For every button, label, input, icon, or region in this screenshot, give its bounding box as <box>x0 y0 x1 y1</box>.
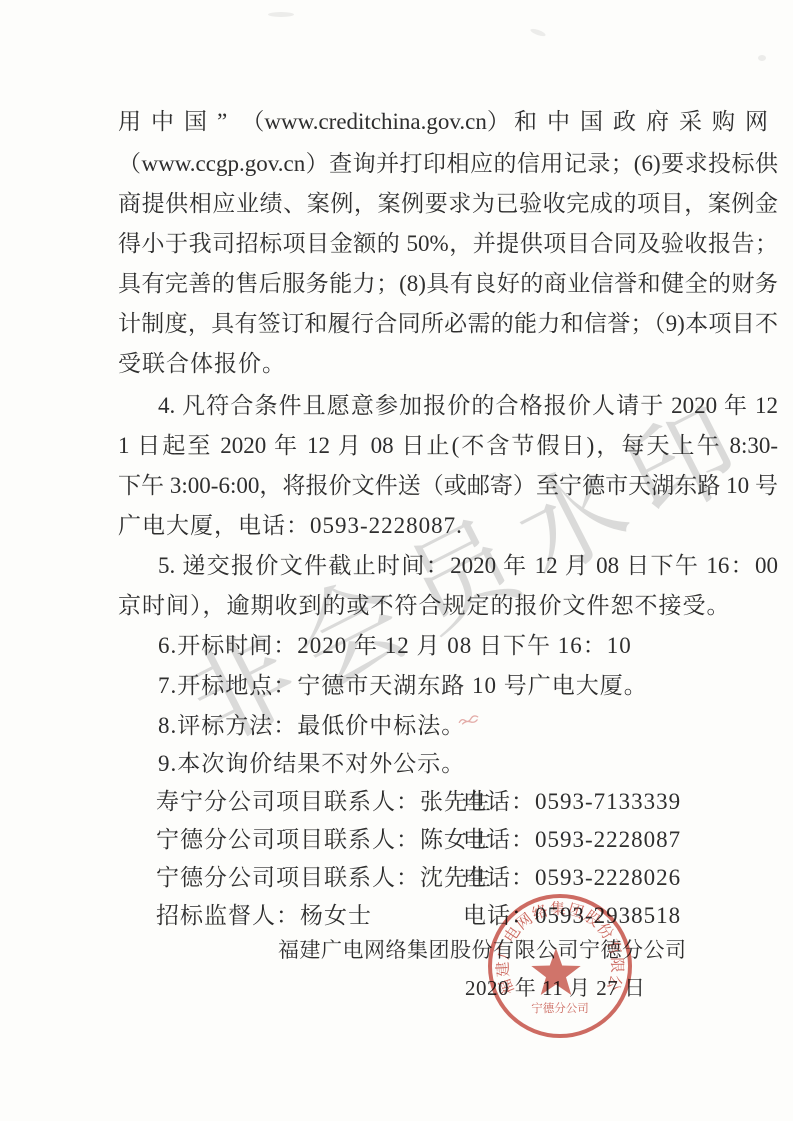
body-line-segment: 和中国政府采购网 <box>514 106 778 138</box>
contact-phone: 电话：0593-2228087 <box>463 824 681 856</box>
scanned-document-page: 非会员水印 用中国” （www.creditchina.gov.cn） 和中国政… <box>0 0 793 1121</box>
body-line: 1 日起至 2020 年 12 月 08 日止(不含节假日)，每天上午 8:30… <box>118 430 778 464</box>
body-line: 得小于我司招标项目金额的 50%，并提供项目合同及验收报告；(7) <box>118 228 778 262</box>
contact-phone: 电话：0593-7133339 <box>463 786 681 818</box>
contact-label: 宁德分公司项目联系人：沈先生 <box>156 865 492 890</box>
body-line: 商提供相应业绩、案例，案例要求为已验收完成的项目，案例金额不 <box>118 188 778 222</box>
body-line: （www.ccgp.gov.cn）查询并打印相应的信用记录；(6)要求投标供应 <box>118 148 778 182</box>
body-line-item-7: 7.开标地点：宁德市天湖东路 10 号广电大厦。 <box>118 670 778 704</box>
body-line: 用中国” （www.creditchina.gov.cn） 和中国政府采购网 <box>118 106 778 140</box>
body-line-item-4: 4. 凡符合条件且愿意参加报价的合格报价人请于 2020 年 12 月 <box>118 390 778 424</box>
body-line-url-segment: （www.creditchina.gov.cn） <box>241 106 509 138</box>
body-line: 广电大厦，电话：0593-2228087. <box>118 510 778 544</box>
body-line-item-5: 5. 递交报价文件截止时间：2020 年 12 月 08 日下午 16：00（北 <box>118 550 778 584</box>
body-line-segment: 用中国” <box>118 106 237 138</box>
contact-row: 寿宁分公司项目联系人：张先生 电话：0593-7133339 <box>156 786 716 820</box>
body-line-item-6: 6.开标时间：2020 年 12 月 08 日下午 16：10 <box>118 630 778 664</box>
body-line: 京时间），逾期收到的或不符合规定的报价文件恕不接受。 <box>118 590 778 624</box>
seal-star-icon <box>531 948 580 995</box>
body-line-item-8: 8.评标方法：最低价中标法。 <box>118 710 778 744</box>
contact-row: 宁德分公司项目联系人：陈女士 电话：0593-2228087 <box>156 824 716 858</box>
company-seal: 福建广电网络集团股份有限公司 宁德分公司 <box>480 886 640 1046</box>
seal-bottom-text: 宁德分公司 <box>531 1001 589 1015</box>
body-line: 具有完善的售后服务能力；(8)具有良好的商业信誉和健全的财务会 <box>118 268 778 302</box>
contact-label: 宁德分公司项目联系人：陈女士 <box>156 827 492 852</box>
document-body: 用中国” （www.creditchina.gov.cn） 和中国政府采购网 （… <box>0 0 793 1121</box>
body-line: 下午 3:00-6:00，将报价文件送（或邮寄）至宁德市天湖东路 10 号 <box>118 470 778 504</box>
body-line-item-9: 9.本次询价结果不对外公示。 <box>118 748 778 782</box>
body-line: 计制度，具有签订和履行合同所必需的能力和信誉；（9)本项目不接 <box>118 308 778 342</box>
body-line: 受联合体报价。 <box>118 348 778 382</box>
contact-label: 招标监督人：杨女士 <box>156 903 372 928</box>
contact-label: 寿宁分公司项目联系人：张先生 <box>156 789 492 814</box>
